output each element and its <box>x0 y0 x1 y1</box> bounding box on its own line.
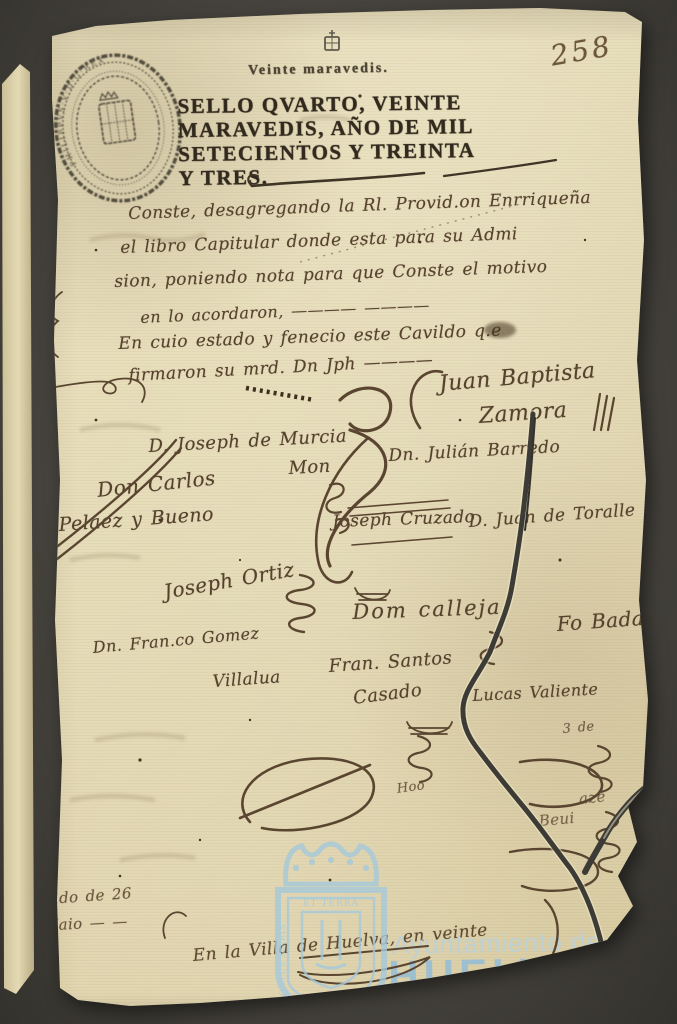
watermark-side-text: PORTUS MARIS <box>278 923 287 1002</box>
manuscript-line: el libro Capitular donde esta para su Ad… <box>120 224 518 258</box>
manuscript-line: En cuio estado y fenecio este Cavildo q.… <box>118 321 502 354</box>
watermark-band-text: ET TERRA <box>303 899 359 909</box>
page-wrapper: Veinte maravedis. SELLO QVARTO, VEINTE M… <box>0 0 677 1024</box>
seal-ring-text: PHILIPPVS·V·D·G·REX <box>47 55 120 170</box>
royal-seal-stamp: PHILIPPVS·V·D·G·REX <box>46 46 189 209</box>
margin-note-line1: Cavildo de 26 <box>18 884 132 910</box>
margin-note-line2: de Maio — — <box>16 912 128 936</box>
signature-fo-bada: Fo Bada <box>556 606 645 636</box>
manuscript-page: Veinte maravedis. SELLO QVARTO, VEINTE M… <box>0 0 677 1024</box>
signature-juan-de-toralle: D. Juan de Toralle <box>468 500 636 532</box>
signature-francisco-gomez: Dn. Fran.co Gomez <box>92 623 260 656</box>
folio-number: 258 <box>548 29 615 72</box>
ink-fragment: Hoo <box>396 778 426 797</box>
printed-header-line: SETECIENTOS Y TREINTA <box>178 138 476 166</box>
printed-header-line: Y TRES. <box>178 162 476 190</box>
manuscript-line: en lo acordaron, ———— ———— <box>140 295 430 327</box>
manuscript-line: firmaron su mrd. Dn Jph ———— <box>128 350 434 386</box>
signature-joseph-ortiz: Joseph Ortiz <box>162 557 296 604</box>
ink-fragment: Beui <box>538 809 575 830</box>
signature-fran-santos: Fran. Santos <box>328 647 453 677</box>
ink-fragment: 3 de <box>562 719 595 737</box>
signature-villalua: Villalua <box>212 667 281 692</box>
signature-lucas-valiente: Lucas Valiente <box>472 679 599 705</box>
signature-pelaez-y-bueno: Pelaez y Bueno <box>58 503 215 536</box>
manuscript-line: Conste, desagregando la Rl. Provid.on En… <box>128 188 591 224</box>
signature-dom-calleja: Dom calleja <box>352 595 502 624</box>
stamp-caption: Veinte maravedis. <box>248 61 389 79</box>
signature-joseph-de-murcia: D. Joseph de Murcia <box>148 426 348 457</box>
signature-joseph-cruzado: Joseph Cruzado <box>332 507 476 532</box>
signature-juan-baptista: Juan Baptista <box>438 358 597 397</box>
signature-murcia-mon: Mon <box>288 456 331 479</box>
document-scan: Veinte maravedis. SELLO QVARTO, VEINTE M… <box>0 0 677 1024</box>
tax-stamp-emblem-icon <box>325 30 339 50</box>
watermark-huelva-text: HUELVA <box>388 949 585 1000</box>
signature-don-carlos: Don Carlos <box>96 466 217 502</box>
ink-fragment: aze <box>578 787 607 808</box>
svg-text:PHILIPPVS·V·D·G·REX: PHILIPPVS·V·D·G·REX <box>47 55 120 170</box>
signature-julian-barredo: Dn. Julián Barredo <box>388 437 561 466</box>
manuscript-line: sion, poniendo nota para que Conste el m… <box>114 257 548 292</box>
signature-zamora: Zamora <box>478 398 568 429</box>
printed-header: SELLO QVARTO, VEINTE MARAVEDIS, AÑO DE M… <box>177 90 476 190</box>
signature-casado: Casado <box>352 680 423 709</box>
